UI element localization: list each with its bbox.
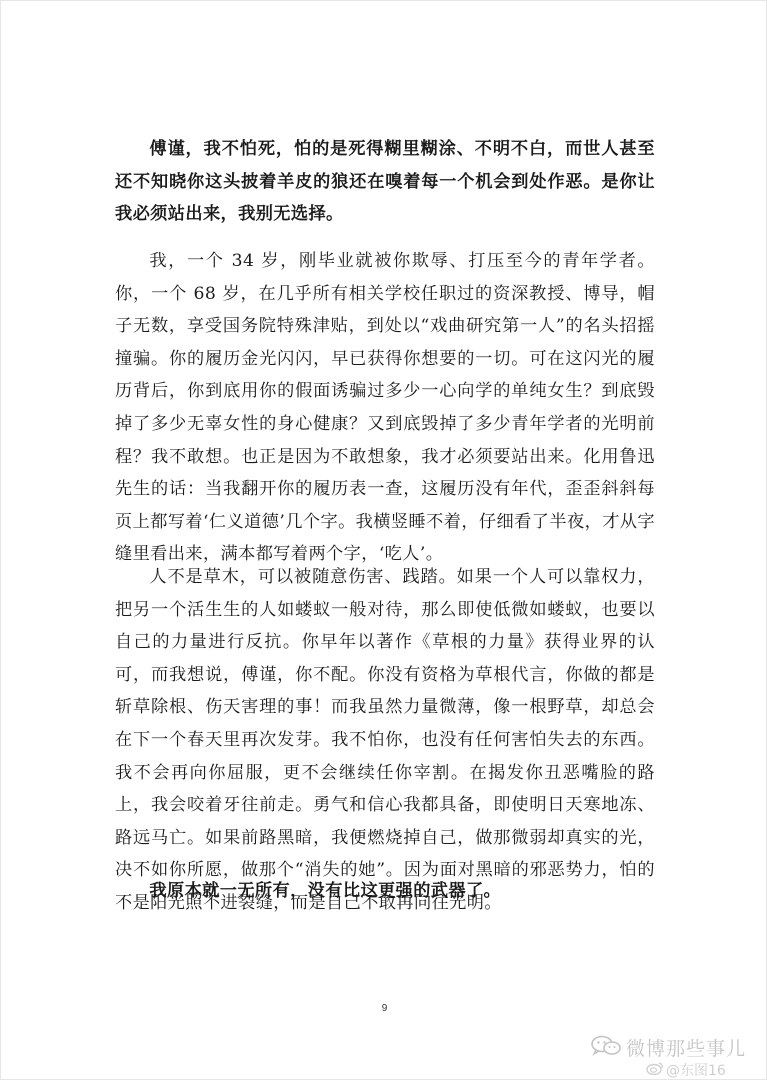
watermark-handle: @东图16 (666, 1060, 726, 1080)
watermark: 微博那些事儿 @东图16 (590, 1030, 760, 1080)
wechat-icon (590, 1035, 622, 1061)
paragraph-background: 我，一个 34 岁，刚毕业就被你欺辱、打压至今的青年学者。你，一个 68 岁，在… (115, 245, 655, 571)
watermark-channel-row: 微博那些事儿 (590, 1034, 746, 1061)
paragraph-opening-statement: 傅谨，我不怕死，怕的是死得糊里糊涂、不明不白，而世人甚至还不知晓你这头披着羊皮的… (115, 133, 655, 231)
watermark-handle-row: @东图16 (646, 1060, 726, 1080)
watermark-channel-name: 微博那些事儿 (626, 1034, 746, 1061)
weibo-icon (646, 1061, 664, 1079)
paragraph-closing-statement: 我原本就一无所有，没有比这更强的武器了。 (115, 875, 655, 908)
document-page: 傅谨，我不怕死，怕的是死得糊里糊涂、不明不白，而世人甚至还不知晓你这头披着羊皮的… (0, 0, 767, 1080)
paragraph-resistance: 人不是草木，可以被随意伤害、践踏。如果一个人可以靠权力，把另一个活生生的人如蝼蚁… (115, 561, 655, 920)
page-number: 9 (1, 1003, 767, 1014)
